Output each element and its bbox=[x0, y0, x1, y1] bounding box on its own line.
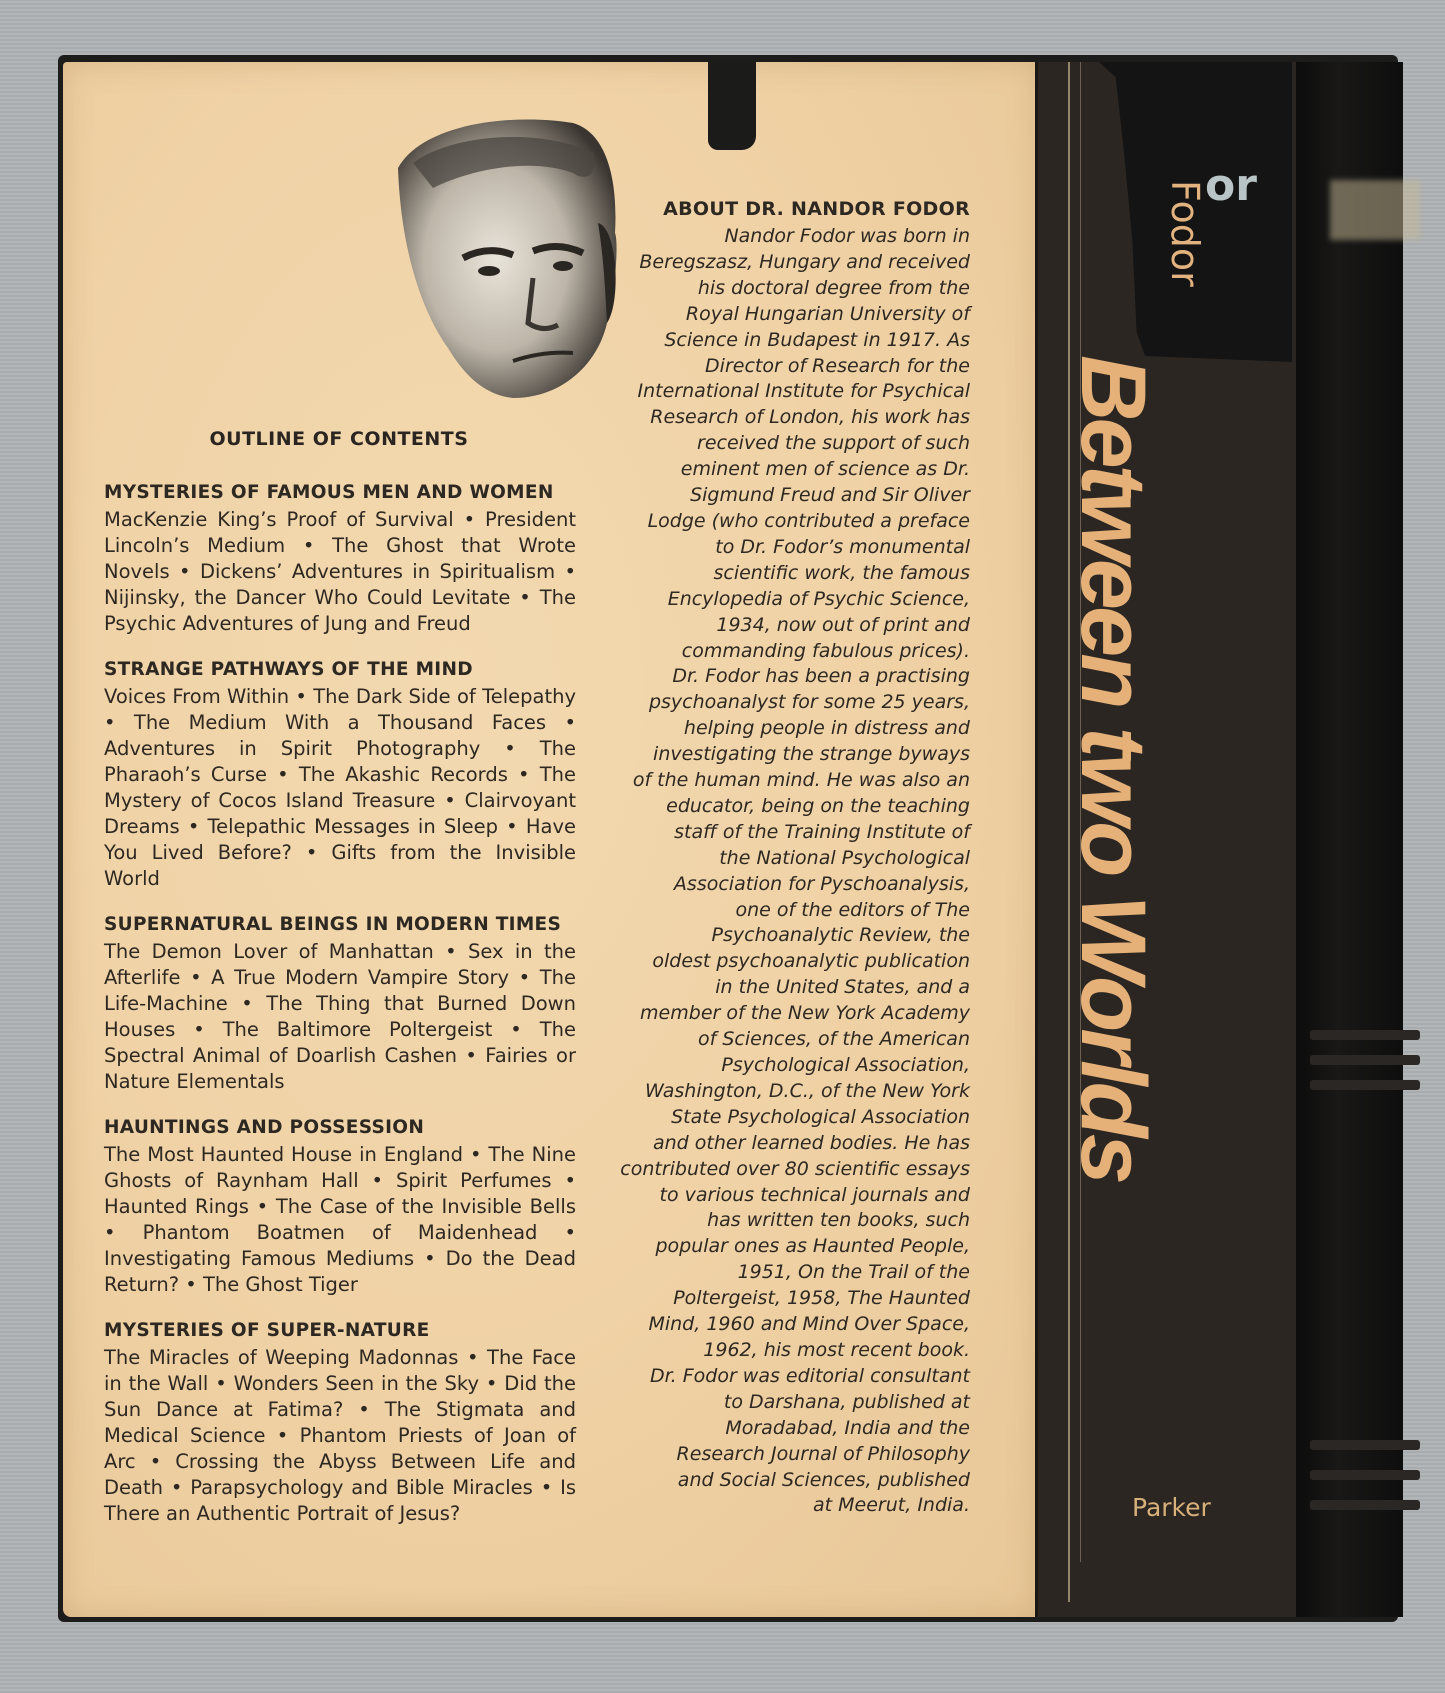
adjacent-book-band bbox=[1310, 1030, 1420, 1040]
adjacent-book-band bbox=[1310, 1500, 1420, 1510]
about-line: investigating the strange byways bbox=[620, 742, 970, 768]
about-line: Association for Pyschoanalysis, bbox=[620, 872, 970, 898]
section-text: The Demon Lover of Manhattan • Sex in th… bbox=[104, 939, 576, 1095]
about-line: at Meerut, India. bbox=[620, 1493, 970, 1519]
section-text: Voices From Within • The Dark Side of Te… bbox=[104, 684, 576, 892]
contents-section: MYSTERIES OF SUPER-NATURE The Miracles o… bbox=[104, 1320, 576, 1527]
about-line: educator, being on the teaching bbox=[620, 794, 970, 820]
spine-publisher: Parker bbox=[1132, 1493, 1211, 1522]
spine-title: Between two Worlds bbox=[1060, 355, 1165, 1181]
cover-tear bbox=[708, 62, 756, 150]
section-text: The Miracles of Weeping Madonnas • The F… bbox=[104, 1345, 576, 1527]
about-line: Dr. Fodor has been a practising bbox=[620, 664, 970, 690]
about-line: Sigmund Freud and Sir Oliver bbox=[620, 483, 970, 509]
about-line: popular ones as Haunted People, bbox=[620, 1234, 970, 1260]
about-line: International Institute for Psychical bbox=[620, 379, 970, 405]
about-line: Psychological Association, bbox=[620, 1053, 970, 1079]
about-line: Research of London, his work has bbox=[620, 405, 970, 431]
about-line: 1934, now out of print and bbox=[620, 613, 970, 639]
about-line: and Social Sciences, published bbox=[620, 1468, 970, 1494]
about-body: Nandor Fodor was born inBeregszasz, Hung… bbox=[620, 224, 970, 1519]
about-line: Royal Hungarian University of bbox=[620, 302, 970, 328]
contents-section: STRANGE PATHWAYS OF THE MIND Voices From… bbox=[104, 659, 576, 892]
about-line: the National Psychological bbox=[620, 846, 970, 872]
about-line: staff of the Training Institute of bbox=[620, 820, 970, 846]
about-line: Director of Research for the bbox=[620, 354, 970, 380]
section-heading: MYSTERIES OF SUPER-NATURE bbox=[104, 1320, 576, 1341]
about-line: Psychoanalytic Review, the bbox=[620, 923, 970, 949]
about-line: to various technical journals and bbox=[620, 1183, 970, 1209]
about-line: received the support of such bbox=[620, 431, 970, 457]
about-line: scientific work, the famous bbox=[620, 561, 970, 587]
contents-section: HAUNTINGS AND POSSESSION The Most Haunte… bbox=[104, 1117, 576, 1298]
about-line: his doctoral degree from the bbox=[620, 276, 970, 302]
about-line: Washington, D.C., of the New York bbox=[620, 1079, 970, 1105]
about-line: psychoanalyst for some 25 years, bbox=[620, 690, 970, 716]
about-line: Science in Budapest in 1917. As bbox=[620, 328, 970, 354]
about-line: 1951, On the Trail of the bbox=[620, 1260, 970, 1286]
section-heading: HAUNTINGS AND POSSESSION bbox=[104, 1117, 576, 1138]
adjacent-book bbox=[1293, 62, 1403, 1617]
about-heading: ABOUT DR. NANDOR FODOR bbox=[620, 198, 970, 220]
contents-title: OUTLINE OF CONTENTS bbox=[104, 428, 574, 450]
about-line: eminent men of science as Dr. bbox=[620, 457, 970, 483]
about-line: Lodge (who contributed a preface bbox=[620, 509, 970, 535]
about-line: of Sciences, of the American bbox=[620, 1027, 970, 1053]
about-line: and other learned bodies. He has bbox=[620, 1131, 970, 1157]
section-text: MacKenzie King’s Proof of Survival • Pre… bbox=[104, 507, 576, 637]
about-line: Beregszasz, Hungary and received bbox=[620, 250, 970, 276]
about-line: 1962, his most recent book. bbox=[620, 1338, 970, 1364]
about-line: Research Journal of Philosophy bbox=[620, 1442, 970, 1468]
about-line: commanding fabulous prices). bbox=[620, 639, 970, 665]
about-line: contributed over 80 scientific essays bbox=[620, 1157, 970, 1183]
section-heading: SUPERNATURAL BEINGS IN MODERN TIMES bbox=[104, 914, 576, 935]
section-text: The Most Haunted House in England • The … bbox=[104, 1142, 576, 1298]
adjacent-book-band bbox=[1310, 1470, 1420, 1480]
adjacent-book-lettering bbox=[1330, 180, 1420, 240]
section-heading: MYSTERIES OF FAMOUS MEN AND WOMEN bbox=[104, 482, 576, 503]
contents-outline: MYSTERIES OF FAMOUS MEN AND WOMEN MacKen… bbox=[104, 482, 576, 1549]
about-line: Mind, 1960 and Mind Over Space, bbox=[620, 1312, 970, 1338]
about-line: member of the New York Academy bbox=[620, 1001, 970, 1027]
spine-author: Fodor bbox=[1163, 180, 1207, 287]
about-author: ABOUT DR. NANDOR FODOR Nandor Fodor was … bbox=[620, 198, 970, 1519]
about-line: Dr. Fodor was editorial consultant bbox=[620, 1364, 970, 1390]
about-line: Poltergeist, 1958, The Haunted bbox=[620, 1286, 970, 1312]
about-line: Moradabad, India and the bbox=[620, 1416, 970, 1442]
about-line: of the human mind. He was also an bbox=[620, 768, 970, 794]
adjacent-book-band bbox=[1310, 1080, 1420, 1090]
board-author-fragment: or bbox=[1205, 160, 1257, 211]
contents-section: SUPERNATURAL BEINGS IN MODERN TIMES The … bbox=[104, 914, 576, 1095]
about-line: Nandor Fodor was born in bbox=[620, 224, 970, 250]
about-line: to Dr. Fodor’s monumental bbox=[620, 535, 970, 561]
section-heading: STRANGE PATHWAYS OF THE MIND bbox=[104, 659, 576, 680]
author-portrait bbox=[393, 113, 623, 403]
about-line: Encylopedia of Psychic Science, bbox=[620, 587, 970, 613]
about-line: has written ten books, such bbox=[620, 1208, 970, 1234]
adjacent-book-band bbox=[1310, 1055, 1420, 1065]
about-line: State Psychological Association bbox=[620, 1105, 970, 1131]
about-line: in the United States, and a bbox=[620, 975, 970, 1001]
about-line: to Darshana, published at bbox=[620, 1390, 970, 1416]
adjacent-book-band bbox=[1310, 1440, 1420, 1450]
contents-section: MYSTERIES OF FAMOUS MEN AND WOMEN MacKen… bbox=[104, 482, 576, 637]
about-line: one of the editors of The bbox=[620, 898, 970, 924]
about-line: helping people in distress and bbox=[620, 716, 970, 742]
about-line: oldest psychoanalytic publication bbox=[620, 949, 970, 975]
